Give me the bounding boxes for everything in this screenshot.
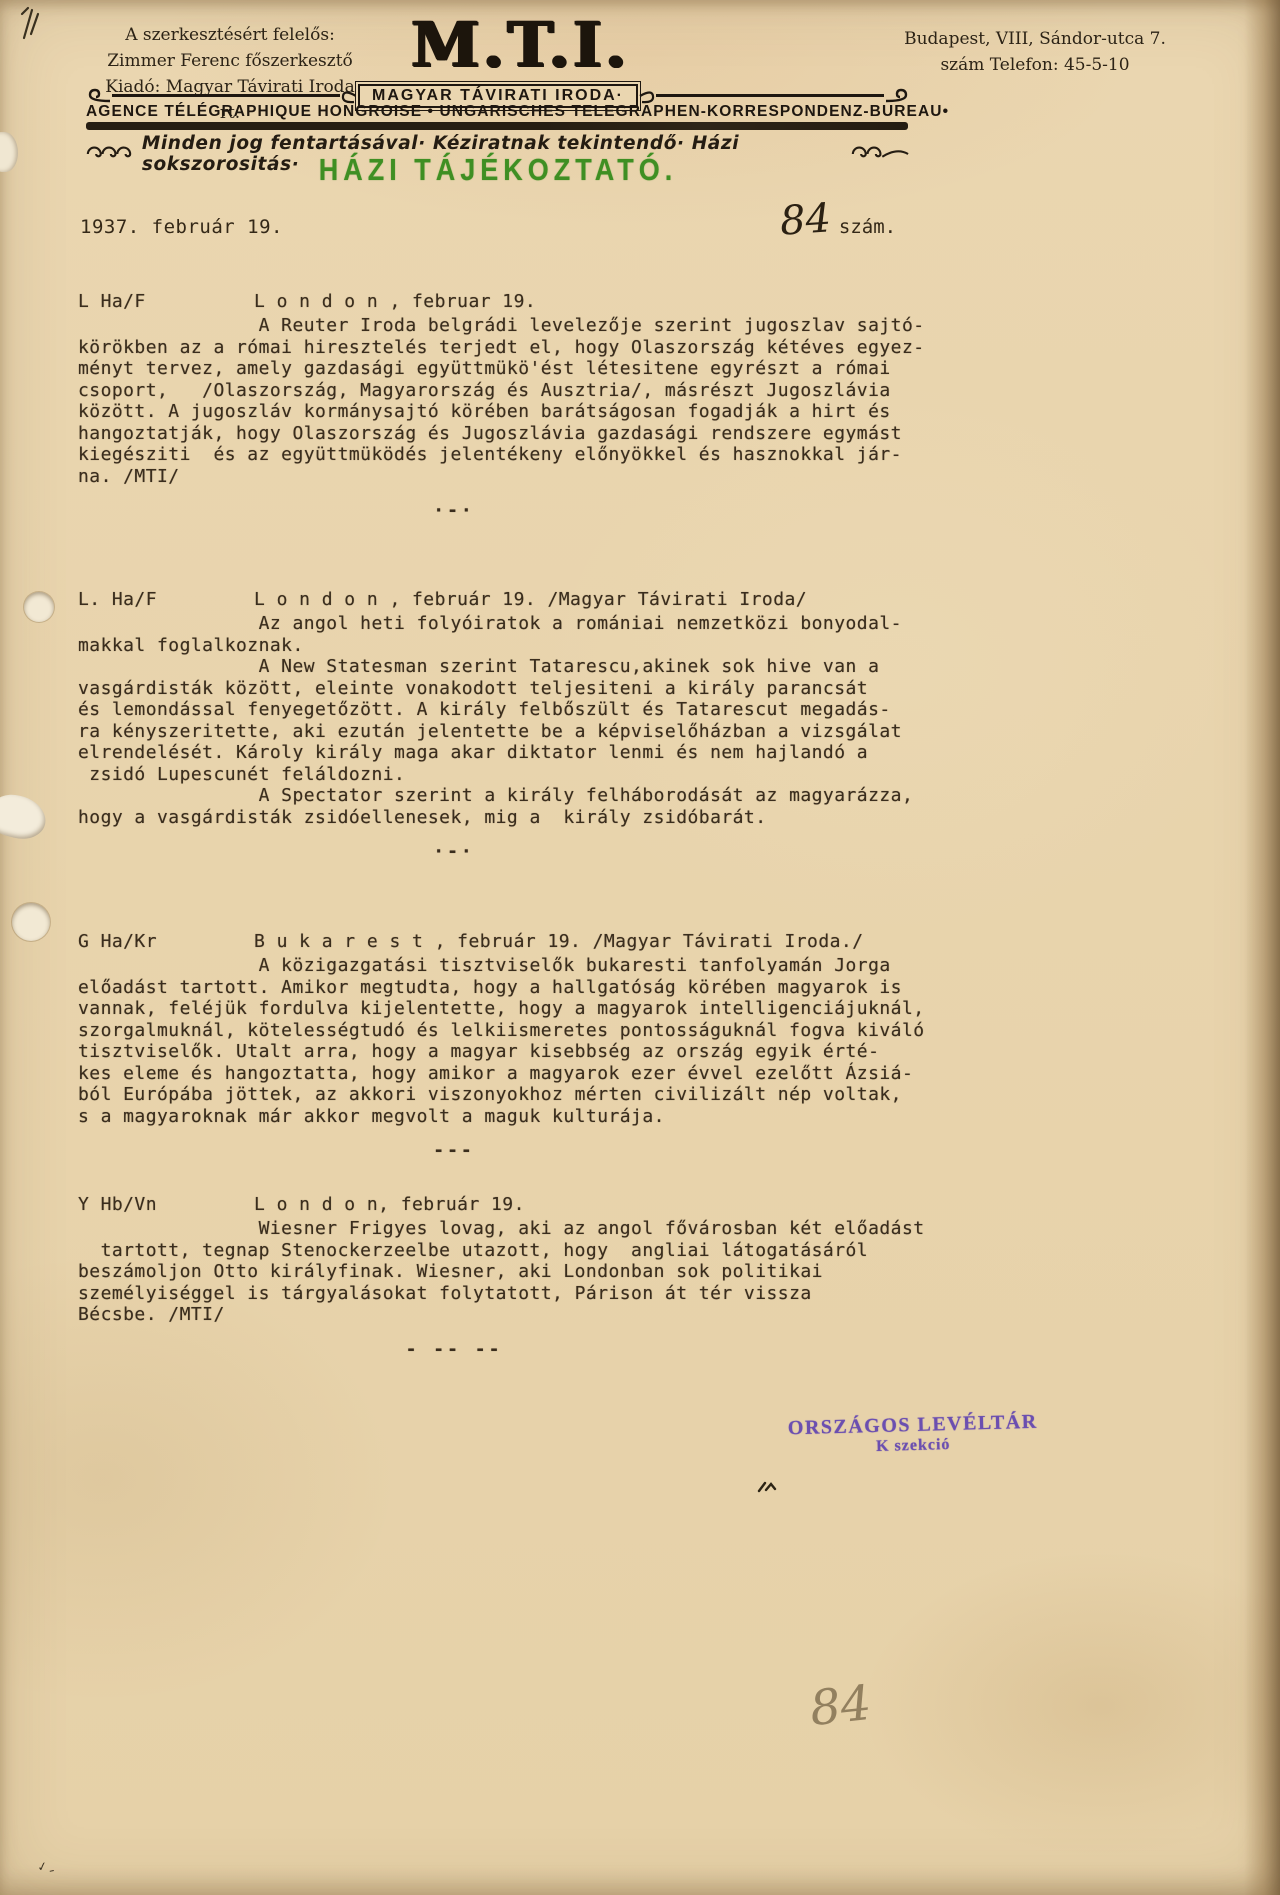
banner-rule	[112, 94, 340, 97]
archive-stamp: ORSZÁGOS LEVÉLTÁR K szekció	[788, 1411, 1039, 1459]
issue-number-block: 84 szám.	[780, 200, 896, 240]
document-page: A szerkesztésért felelős: Zimmer Ferenc …	[0, 0, 1280, 1895]
pencil-note: 84	[807, 1675, 874, 1737]
article-dateline: B u k a r e s t , február 19. /Magyar Tá…	[254, 931, 864, 953]
mti-logo: M.T.I.	[345, 8, 695, 81]
banner-rule	[656, 94, 884, 97]
paper-tear	[0, 790, 50, 844]
pen-check-mark: ✓ˍ	[37, 1856, 57, 1875]
article-header: G Ha/Kr B u k a r e s t , február 19. /M…	[78, 931, 963, 953]
article-header: L Ha/F L o n d o n , februar 19.	[78, 291, 963, 313]
article-body: A Reuter Iroda belgrádi levelezője szeri…	[78, 315, 963, 487]
punch-hole	[12, 903, 50, 941]
punch-hole	[24, 592, 54, 622]
address-info: Budapest, VIII, Sándor-utca 7. szám Tele…	[880, 26, 1190, 78]
agency-banner-international: AGENCE TÉLÉGRAPHIQUE HONGROISE • UNGARIS…	[86, 103, 910, 121]
article-bukarest-jorga: G Ha/Kr B u k a r e s t , február 19. /M…	[78, 931, 963, 1161]
section-separator: - -- --	[78, 1339, 830, 1360]
article-code: L Ha/F	[78, 291, 254, 313]
pen-scribble-icon	[18, 4, 68, 44]
page-edge-shadow	[1244, 0, 1280, 1895]
rule-bar	[86, 122, 908, 130]
issue-number-suffix: szám.	[839, 214, 896, 240]
article-dateline: L o n d o n , februar 19.	[254, 291, 536, 313]
article-header: Y Hb/Vn L o n d o n, február 19.	[78, 1194, 963, 1216]
issue-number-handwritten: 84	[779, 198, 833, 241]
article-body: A közigazgatási tisztviselők bukaresti t…	[78, 955, 963, 1127]
article-body: Az angol heti folyóiratok a romániai nem…	[78, 613, 963, 828]
article-london-wiesner: Y Hb/Vn L o n d o n, február 19. Wiesner…	[78, 1194, 963, 1360]
issue-date: 1937. február 19.	[80, 216, 283, 238]
section-separator: ---	[78, 1140, 830, 1161]
article-code: Y Hb/Vn	[78, 1194, 254, 1216]
section-separator: ·-·	[78, 841, 830, 862]
document-title: HÁZI TÁJÉKOZTATÓ.	[86, 153, 910, 188]
article-code: G Ha/Kr	[78, 931, 254, 953]
section-separator: ·-·	[78, 500, 830, 521]
article-dateline: L o n d o n , február 19. /Magyar Távira…	[254, 589, 807, 611]
article-code: L. Ha/F	[78, 589, 254, 611]
article-london-weeklies: L. Ha/F L o n d o n , február 19. /Magya…	[78, 589, 963, 862]
article-london-reuter: L Ha/F L o n d o n , februar 19. A Reute…	[78, 291, 963, 521]
ink-mark-icon	[756, 1480, 778, 1494]
article-header: L. Ha/F L o n d o n , február 19. /Magya…	[78, 589, 963, 611]
article-body: Wiesner Frigyes lovag, aki az angol fővá…	[78, 1218, 963, 1326]
article-dateline: L o n d o n, február 19.	[254, 1194, 525, 1216]
paper-chip	[0, 132, 18, 172]
